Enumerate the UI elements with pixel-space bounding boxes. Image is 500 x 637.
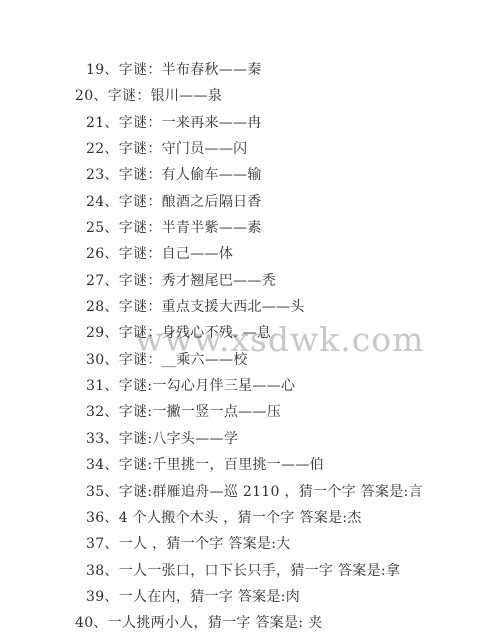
document-page: www.xsdwk.com 19、字谜：半布春秋——秦 20、字谜：银川——泉 … [0, 0, 500, 637]
riddle-line: 28、字谜：重点支援大西北——头 [0, 294, 500, 320]
riddle-line: 29、字谜：身残心不残. —息 [0, 320, 500, 346]
riddle-line: 36、4 个人搬个木头 ，猜一个字 答案是:杰 [0, 505, 500, 531]
riddle-line: 39、一人在内，猜一字 答案是:肉 [0, 584, 500, 610]
riddle-line: 32、字谜:一撇一竖一点——压 [0, 399, 500, 425]
riddle-line: 37、一人 ，猜一个字 答案是:大 [0, 531, 500, 557]
riddle-line: 24、字谜：酿酒之后隔日香 [0, 189, 500, 215]
riddle-line: 21、字谜：一来再来——冉 [0, 110, 500, 136]
riddle-line: 27、字谜：秀才翘尾巴——秃 [0, 268, 500, 294]
riddle-line: 31、字谜:一勾心月伴三星——心 [0, 373, 500, 399]
riddle-list: 19、字谜：半布春秋——秦 20、字谜：银川——泉 21、字谜：一来再来——冉 … [0, 0, 500, 637]
riddle-line: 33、字谜:八字头——学 [0, 426, 500, 452]
riddle-line: 30、字谜：__乘六——校 [0, 347, 500, 373]
riddle-line: 19、字谜：半布春秋——秦 [0, 57, 500, 83]
riddle-line: 35、字谜:群雁追舟—巡 2110 ，猜一个字 答案是:言 [0, 479, 500, 505]
riddle-line: 40、一人挑两小人，猜一字 答案是: 夹 [0, 610, 500, 636]
riddle-line: 26、字谜：自己——体 [0, 241, 500, 267]
riddle-line: 38、一人一张口，口下长只手，猜一字 答案是:拿 [0, 558, 500, 584]
riddle-line: 23、字谜：有人偷车——输 [0, 162, 500, 188]
riddle-line: 20、字谜：银川——泉 [0, 83, 500, 109]
riddle-line: 34、字谜:千里挑一，百里挑一——伯 [0, 452, 500, 478]
riddle-line: 25、字谜：半青半紫——素 [0, 215, 500, 241]
riddle-line: 22、字谜：守门员——闪 [0, 136, 500, 162]
